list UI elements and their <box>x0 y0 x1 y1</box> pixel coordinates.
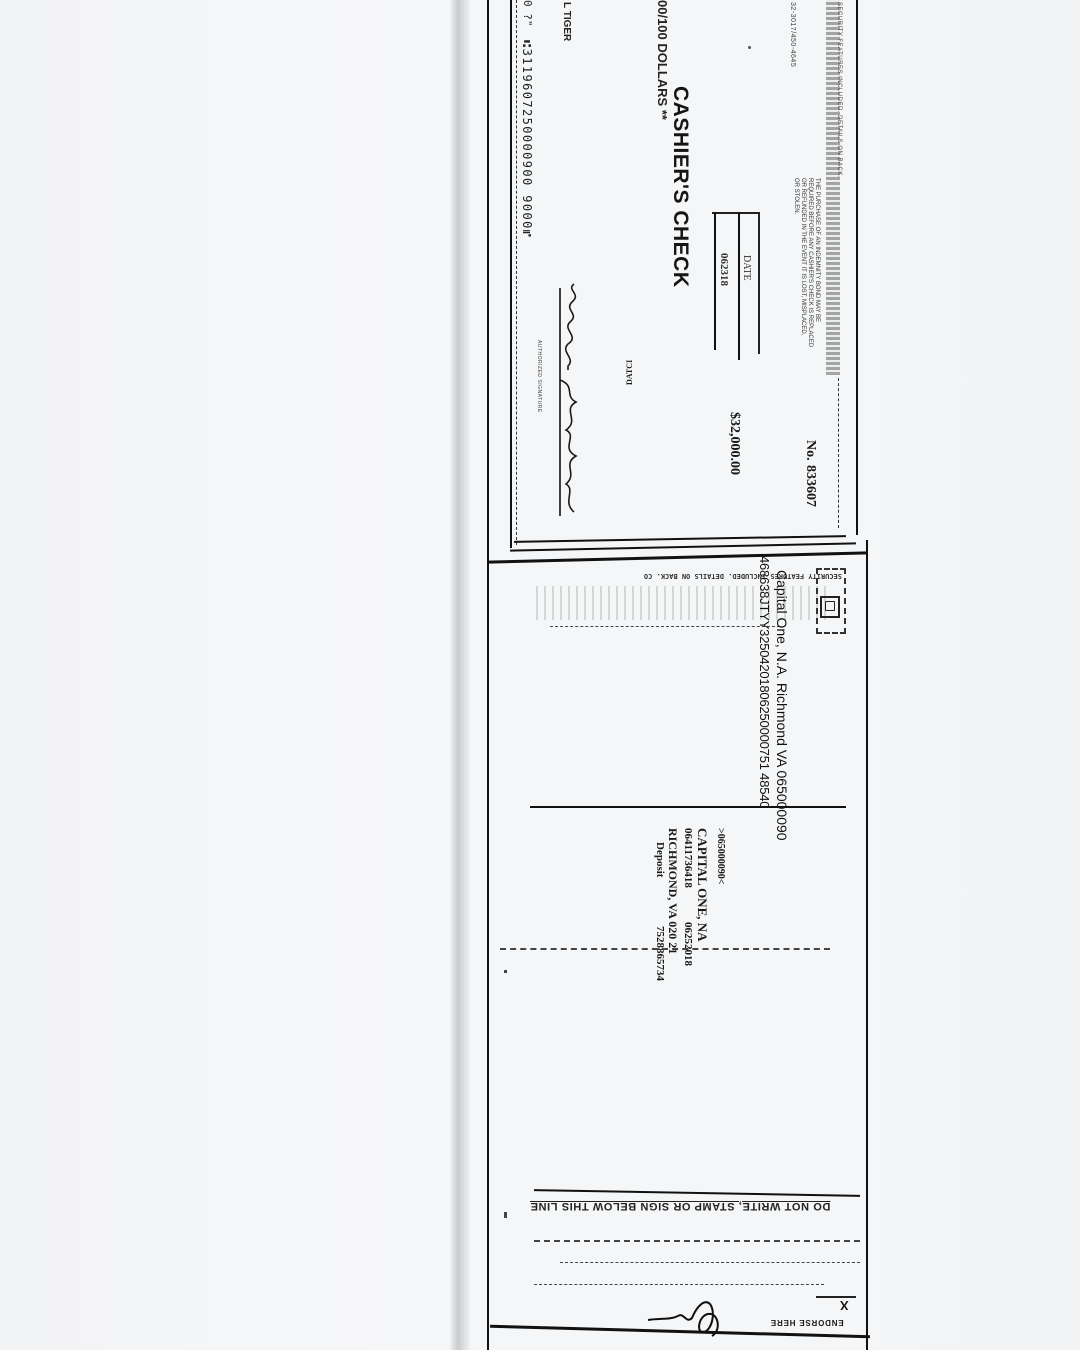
date-value: 062318 <box>718 253 730 286</box>
deposit-stamp-account: 7528865734 <box>654 926 666 981</box>
speck <box>504 970 507 973</box>
front-inner-bottom-border <box>514 535 846 542</box>
date-box-divider <box>738 212 740 360</box>
void-label: DATCI <box>625 360 634 385</box>
padlock-icon <box>820 596 840 618</box>
date-label: DATE <box>741 255 752 281</box>
endorse-line-1 <box>534 1240 860 1242</box>
stamp-dashed-rule <box>500 948 830 950</box>
deposit-stamp-seq: 06411736418 <box>682 828 694 888</box>
signature-caption: AUTHORIZED SIGNATURE <box>536 340 542 413</box>
security-border-text: SECURITY FEATURES INCLUDED. DETAILS ON B… <box>836 2 842 178</box>
check-number-label: No. <box>802 440 818 461</box>
check-back: SECURITY FEATURES INCLUDED. DETAILS ON B… <box>490 560 870 1350</box>
deposit-stamp-bank: CAPITAL ONE, NA <box>694 828 710 942</box>
bank-stamp-line1: Capital One, N.A. Richmond VA 065000090 <box>774 570 790 841</box>
front-bottom-border <box>510 542 856 551</box>
routing-fraction: 32-3017/450-4645 <box>789 2 796 67</box>
bank-stamp-line2: 468638JTYY32504201806250000751 48540 <box>757 556 772 808</box>
paper-shadow <box>450 0 470 1350</box>
endorse-warning: DO NOT WRITE, STAMP OR SIGN BELOW THIS L… <box>530 1200 856 1212</box>
security-stamp-rule <box>550 626 780 627</box>
deposit-stamp-date: 06252018 <box>682 922 694 966</box>
micr-line: ⑆3119607250000900 9000⑈ <box>520 40 534 238</box>
authorized-signature <box>546 280 596 520</box>
security-border-dashed <box>838 378 839 528</box>
stamp-rule <box>530 806 846 808</box>
deposit-stamp-routing: >065000090< <box>715 828 726 884</box>
endorse-line-2 <box>560 1262 860 1263</box>
amount-in-words: 00/100 DOLLARS ** <box>655 0 670 120</box>
amount-value: $32,000.00 <box>726 412 742 475</box>
speck <box>504 1212 507 1218</box>
front-right-border <box>856 0 858 535</box>
security-stamp-text: SECURITY FEATURES INCLUDED. DETAILS ON B… <box>522 572 842 580</box>
fine-print: THE PURCHASE OF AN INDEMNITY BOND MAY BE… <box>792 178 820 347</box>
speck <box>748 46 751 49</box>
payee-name: L TIGER <box>561 2 572 41</box>
date-box-left <box>714 212 716 350</box>
front-inner-left-line <box>510 0 512 548</box>
check-number: 833607 <box>802 465 818 507</box>
endorse-x-rule <box>816 1296 856 1298</box>
deposit-stamp-type: Deposit <box>654 842 666 877</box>
front-inner-dashed-line <box>516 0 517 545</box>
endorse-line-3 <box>534 1284 824 1285</box>
endorse-x-mark: X <box>840 1298 849 1313</box>
check-title: CASHIER'S CHECK <box>668 86 692 288</box>
endorse-label: ENDORSE HERE <box>770 1318 844 1327</box>
endorse-top-rule <box>534 1189 860 1197</box>
check-front: SECURITY FEATURES INCLUDED. DETAILS ON B… <box>490 0 870 560</box>
paper-left-border <box>487 0 489 1350</box>
micr-prefix: 0 ?" <box>521 0 534 27</box>
deposit-stamp-city: RICHMOND, VA 020 21 <box>665 828 680 954</box>
